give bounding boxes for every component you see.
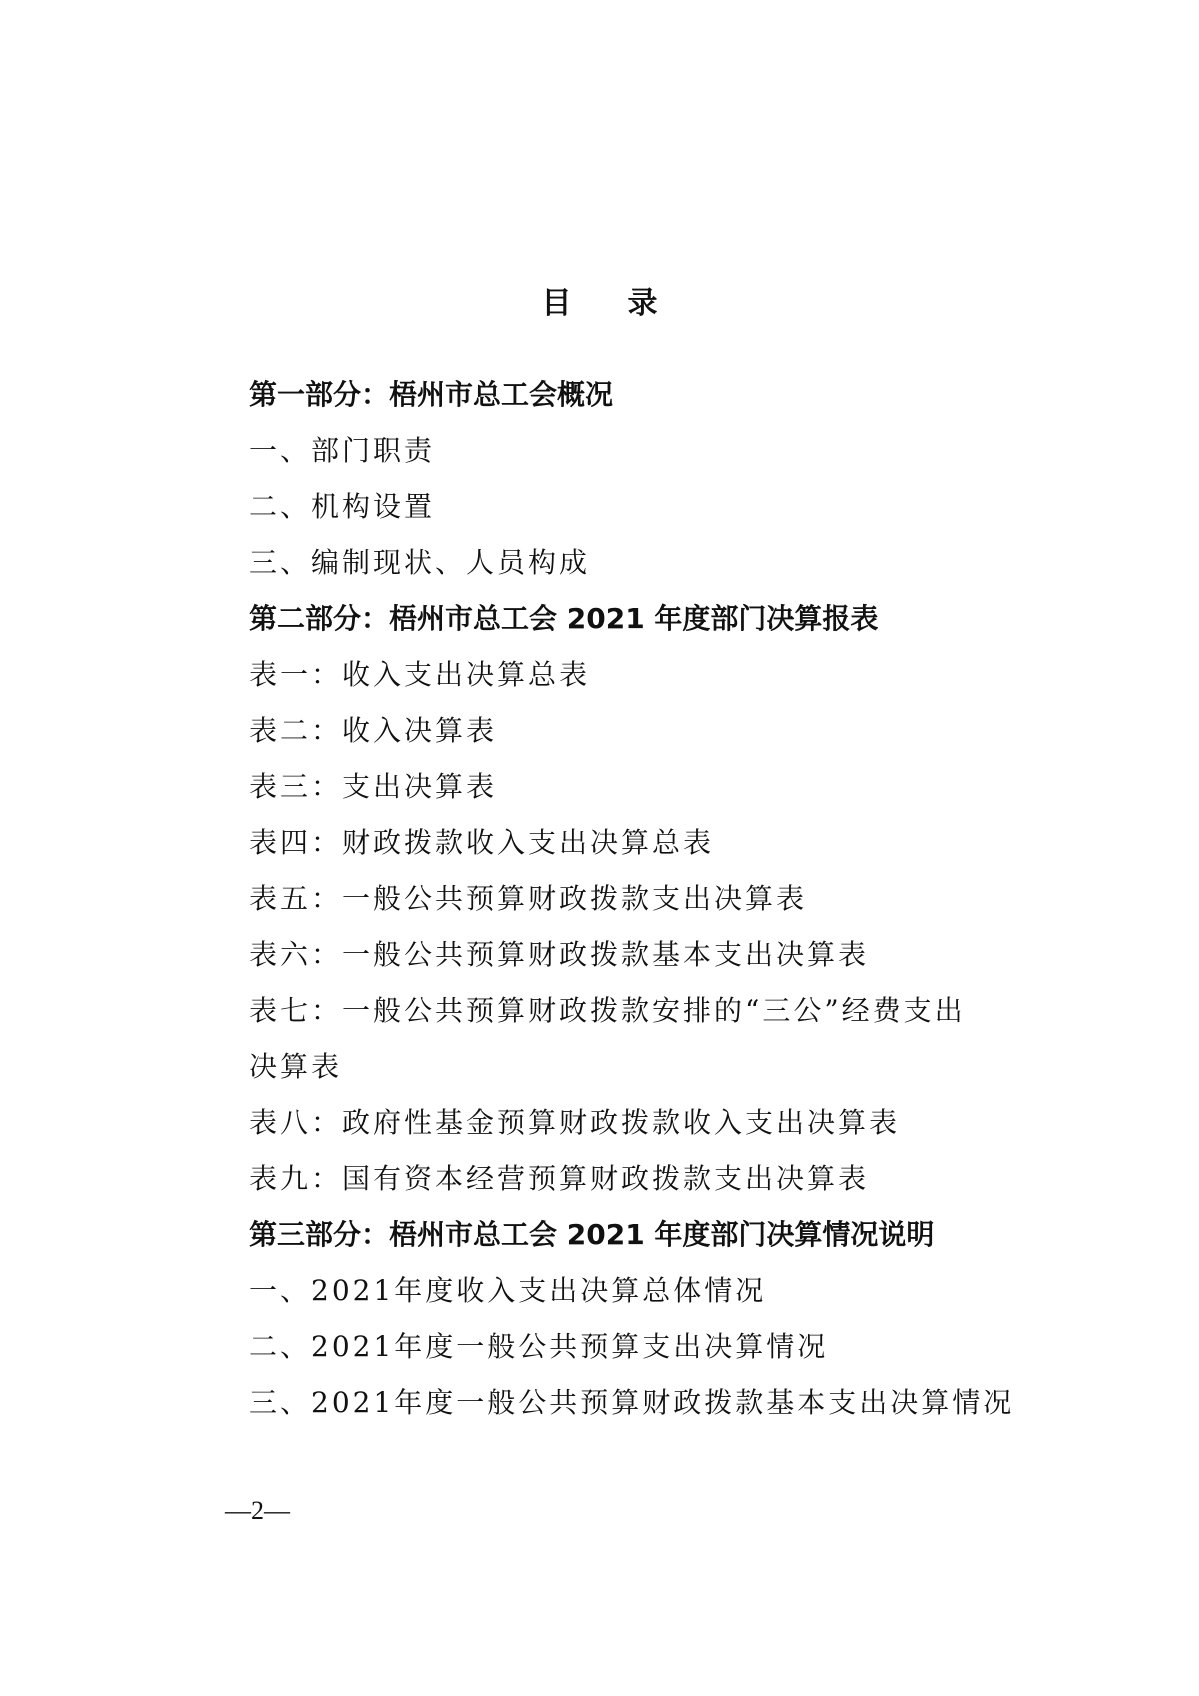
document-page: 目录 第一部分：梧州市总工会概况 一、部门职责 二、机构设置 三、编制现状、人员… [0, 0, 1199, 1696]
toc-part-1-heading: 第一部分：梧州市总工会概况 [249, 378, 613, 412]
toc-item-continuation: 决算表 [249, 1050, 342, 1084]
toc-item: 一、2021年度收入支出决算总体情况 [249, 1274, 766, 1308]
toc-item: 三、编制现状、人员构成 [249, 546, 590, 580]
toc-item: 二、2021年度一般公共预算支出决算情况 [249, 1330, 828, 1364]
toc-item: 表六：一般公共预算财政拨款基本支出决算表 [249, 938, 869, 972]
toc-item: 三、2021年度一般公共预算财政拨款基本支出决算情况 [249, 1386, 1014, 1420]
title-char-right: 录 [628, 278, 658, 322]
toc-item: 表五：一般公共预算财政拨款支出决算表 [249, 882, 807, 916]
page-number: —2— [225, 1496, 290, 1526]
toc-item: 二、机构设置 [249, 490, 435, 524]
toc-item: 表三：支出决算表 [249, 770, 497, 804]
toc-part-3-heading: 第三部分：梧州市总工会 2021 年度部门决算情况说明 [249, 1218, 934, 1252]
toc-item: 表七：一般公共预算财政拨款安排的“三公”经费支出 [249, 994, 966, 1028]
toc-item: 表四：财政拨款收入支出决算总表 [249, 826, 714, 860]
toc-item: 表一：收入支出决算总表 [249, 658, 590, 692]
title-char-left: 目 [542, 278, 572, 322]
toc-item: 表二：收入决算表 [249, 714, 497, 748]
page-title: 目录 [0, 278, 1199, 322]
toc-item: 一、部门职责 [249, 434, 435, 468]
toc-item: 表九：国有资本经营预算财政拨款支出决算表 [249, 1162, 869, 1196]
toc-item: 表八：政府性基金预算财政拨款收入支出决算表 [249, 1106, 900, 1140]
toc-part-2-heading: 第二部分：梧州市总工会 2021 年度部门决算报表 [249, 602, 878, 636]
